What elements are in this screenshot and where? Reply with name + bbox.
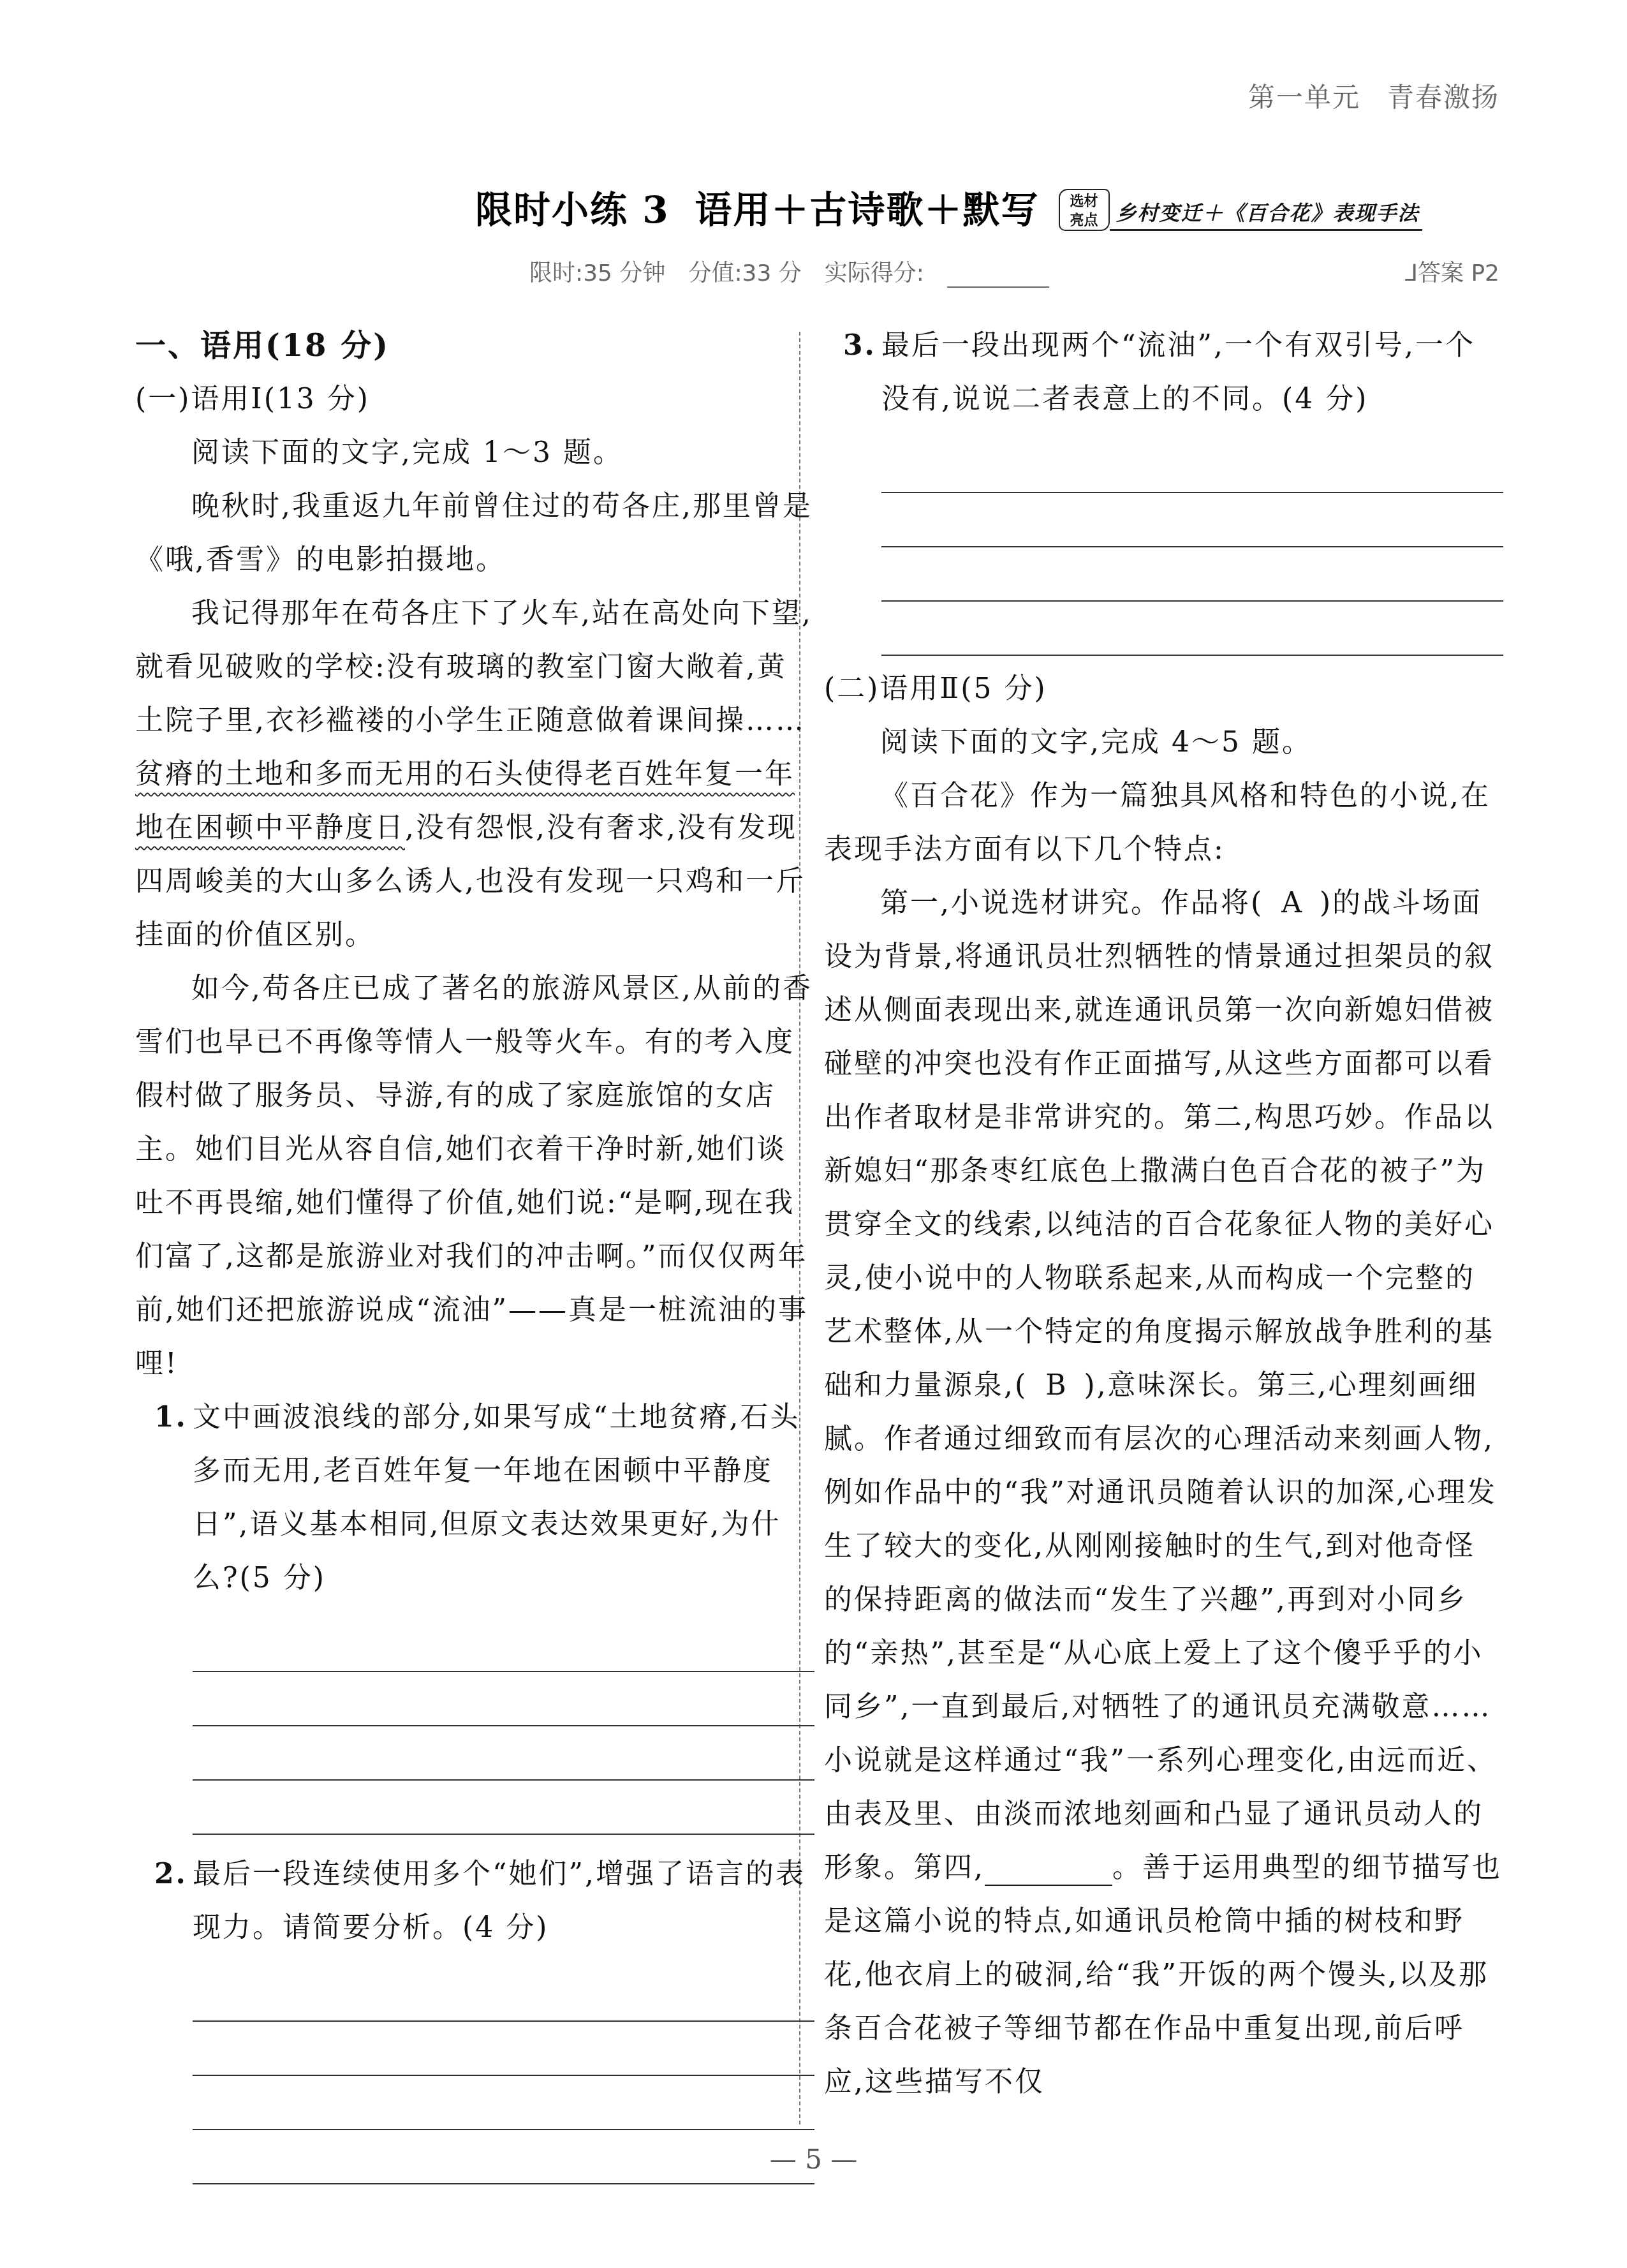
question-text: 最后一段出现两个“流油”,一个有双引号,一个没有,说说二者表意上的不同。(4 分…: [881, 319, 1503, 426]
question-text: 最后一段连续使用多个“她们”,增强了语言的表现力。请简要分析。(4 分): [193, 1848, 814, 1955]
unit-theme: 青春激扬: [1387, 82, 1499, 113]
answer-line[interactable]: [193, 2076, 814, 2130]
passage-paragraph: 晚秋时,我重返九年前曾住过的苟各庄,那里曾是《哦,香雪》的电影拍摄地。: [135, 480, 814, 587]
unit-label: 第一单元: [1248, 82, 1360, 113]
blank-slot-b[interactable]: B: [1027, 1369, 1084, 1402]
question-number: 2.: [135, 1848, 193, 1955]
passage-paragraph: 如今,苟各庄已成了著名的旅游风景区,从前的香雪们也早已不再像等情人一般等火车。有…: [135, 962, 814, 1391]
left-column: 一、语用(18 分) (一)语用Ⅰ(13 分) 阅读下面的文字,完成 1～3 题…: [135, 319, 814, 2184]
right-column: 3. 最后一段出现两个“流油”,一个有双引号,一个没有,说说二者表意上的不同。(…: [824, 319, 1503, 2109]
subsection-heading: (二)语用Ⅱ(5 分): [824, 662, 1503, 716]
passage-paragraph: 《百合花》作为一篇独具风格和特色的小说,在表现手法方面有以下几个特点:: [824, 769, 1503, 877]
scroll-badge-icon: 选材 亮点: [1059, 189, 1110, 231]
actual-score-field[interactable]: [947, 267, 1049, 288]
exercise-title: 限时小练 3语用＋古诗歌＋默写 选材 亮点 乡村变迁＋《百合花》表现手法: [475, 180, 1422, 233]
question-2: 2. 最后一段连续使用多个“她们”,增强了语言的表现力。请简要分析。(4 分): [135, 1848, 814, 1955]
answer-line[interactable]: [881, 493, 1503, 547]
question-3: 3. 最后一段出现两个“流油”,一个有双引号,一个没有,说说二者表意上的不同。(…: [824, 319, 1503, 426]
badge-line2: 亮点: [1060, 211, 1108, 230]
answer-line[interactable]: [193, 1726, 814, 1781]
answer-lines-q3: [881, 439, 1503, 656]
answer-reference-link[interactable]: ⅃答案 P2: [1405, 255, 1499, 288]
title-main: 限时小练 3语用＋古诗歌＋默写: [475, 180, 1040, 233]
answer-line[interactable]: [193, 1968, 814, 2022]
total-score: 分值:33 分: [688, 260, 801, 286]
question-number: 3.: [824, 319, 881, 426]
text-span: 。善于运用典型的细节描写也是这篇小说的特点,如通讯员枪筒中插的树枝和野花,他衣肩…: [824, 1851, 1502, 2098]
time-limit: 限时:35 分钟: [529, 260, 665, 286]
page-number: — 5 —: [0, 2144, 1627, 2175]
exercise-meta: 限时:35 分钟分值:33 分实际得分:: [529, 255, 1049, 288]
unit-header: 第一单元青春激扬: [1248, 77, 1499, 115]
fill-in-blank[interactable]: [985, 1854, 1112, 1886]
text-span: 第一,小说选材讲究。作品将(: [880, 887, 1263, 919]
text-span: 我记得那年在苟各庄下了火车,站在高处向下望,就看见破败的学校:没有玻璃的教室门窗…: [135, 597, 813, 737]
text-span: ),意味深长。第三,心理刻画细腻。作者通过细致而有层次的心理活动来刻画人物,例如…: [824, 1369, 1497, 1884]
answer-line[interactable]: [193, 1672, 814, 1726]
actual-score-label: 实际得分:: [825, 260, 924, 286]
blank-slot-a[interactable]: A: [1263, 887, 1320, 919]
subsection-heading: (一)语用Ⅰ(13 分): [135, 373, 814, 426]
answer-lines-q1: [193, 1618, 814, 1835]
highlight-text: 乡村变迁＋《百合花》表现手法: [1110, 197, 1422, 231]
material-highlight: 选材 亮点 乡村变迁＋《百合花》表现手法: [1059, 189, 1422, 233]
answer-line[interactable]: [881, 602, 1503, 656]
passage-paragraph: 我记得那年在苟各庄下了火车,站在高处向下望,就看见破败的学校:没有玻璃的教室门窗…: [135, 587, 814, 962]
instruction: 阅读下面的文字,完成 4～5 题。: [824, 716, 1503, 769]
answer-line[interactable]: [881, 547, 1503, 602]
question-1: 1. 文中画波浪线的部分,如果写成“土地贫瘠,石头多而无用,老百姓年复一年地在困…: [135, 1391, 814, 1605]
answer-line[interactable]: [881, 439, 1503, 493]
slot-label: B: [1045, 1369, 1066, 1402]
badge-line1: 选材: [1060, 191, 1108, 211]
answer-line[interactable]: [193, 1781, 814, 1835]
question-number: 1.: [135, 1391, 193, 1605]
question-text: 文中画波浪线的部分,如果写成“土地贫瘠,石头多而无用,老百姓年复一年地在困顿中平…: [193, 1391, 814, 1605]
instruction: 阅读下面的文字,完成 1～3 题。: [135, 426, 814, 480]
section-heading: 一、语用(18 分): [135, 319, 814, 373]
answer-line[interactable]: [193, 2022, 814, 2076]
title-subject: 语用＋古诗歌＋默写: [695, 188, 1040, 232]
title-number: 限时小练 3: [475, 188, 670, 232]
text-span: )的战斗场面设为背景,将通讯员壮烈牺牲的情景通过担架员的叙述从侧面表现出来,就连…: [824, 887, 1494, 1402]
passage-paragraph: 第一,小说选材讲究。作品将( A )的战斗场面设为背景,将通讯员壮烈牺牲的情景通…: [824, 877, 1503, 2109]
slot-label: A: [1281, 887, 1302, 919]
answer-line[interactable]: [193, 1618, 814, 1672]
